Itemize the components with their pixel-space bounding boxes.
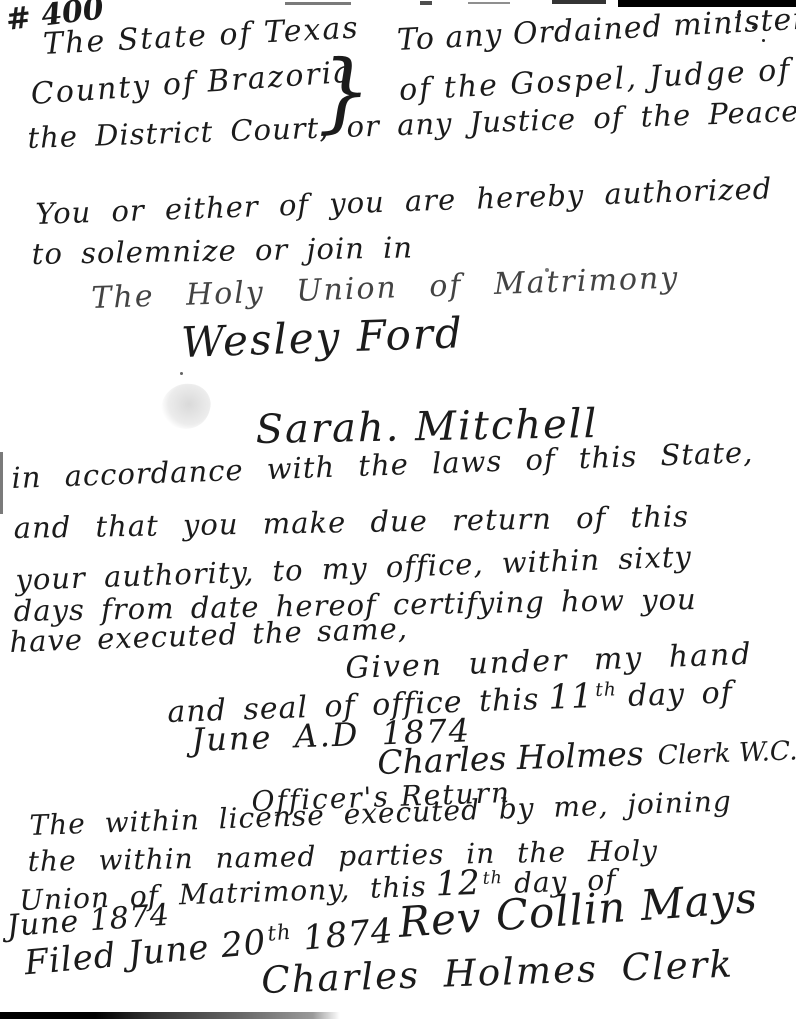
scan-artifact-top-bar: [552, 0, 606, 4]
scanned-marriage-license-page: # 400 The State of Texas To any Ordained…: [0, 0, 796, 1024]
header-county-line: County of Brazoria: [30, 58, 354, 110]
conditions-line2: and that you make due return of this: [13, 502, 689, 543]
filing-day-suffix: th: [266, 919, 292, 946]
officers-return-day-suffix: th: [482, 868, 503, 889]
scan-artifact-top-bar: [420, 1, 432, 5]
testimonium-day: 11: [548, 676, 595, 718]
scan-speck: [762, 39, 765, 42]
authorization-line2: to solemnize or join in: [31, 233, 413, 269]
clerk-signature-name: Charles Holmes: [377, 734, 645, 782]
scan-artifact-top-bar: [468, 2, 510, 4]
clerk-signature-title: Clerk W.C.B.Co.: [657, 733, 796, 771]
authorization-line1: You or either of you are hereby authoriz…: [35, 174, 773, 229]
scan-artifact-bottom-bar: [0, 1012, 340, 1019]
header-addressee-line1: To any Ordained minister: [396, 5, 796, 56]
scan-artifact-top-bar: [285, 2, 351, 5]
filing-note-post: 1874: [301, 911, 395, 959]
scan-smudge: [157, 378, 215, 435]
testimonium-line2-post: day of: [627, 675, 733, 714]
authorization-line3: The Holy Union of Matrimony: [91, 263, 680, 314]
groom-name: Wesley Ford: [181, 312, 465, 364]
testimonium-day-suffix: th: [595, 679, 617, 701]
scan-artifact-left-edge: [0, 452, 3, 514]
scan-speck: [180, 372, 183, 375]
